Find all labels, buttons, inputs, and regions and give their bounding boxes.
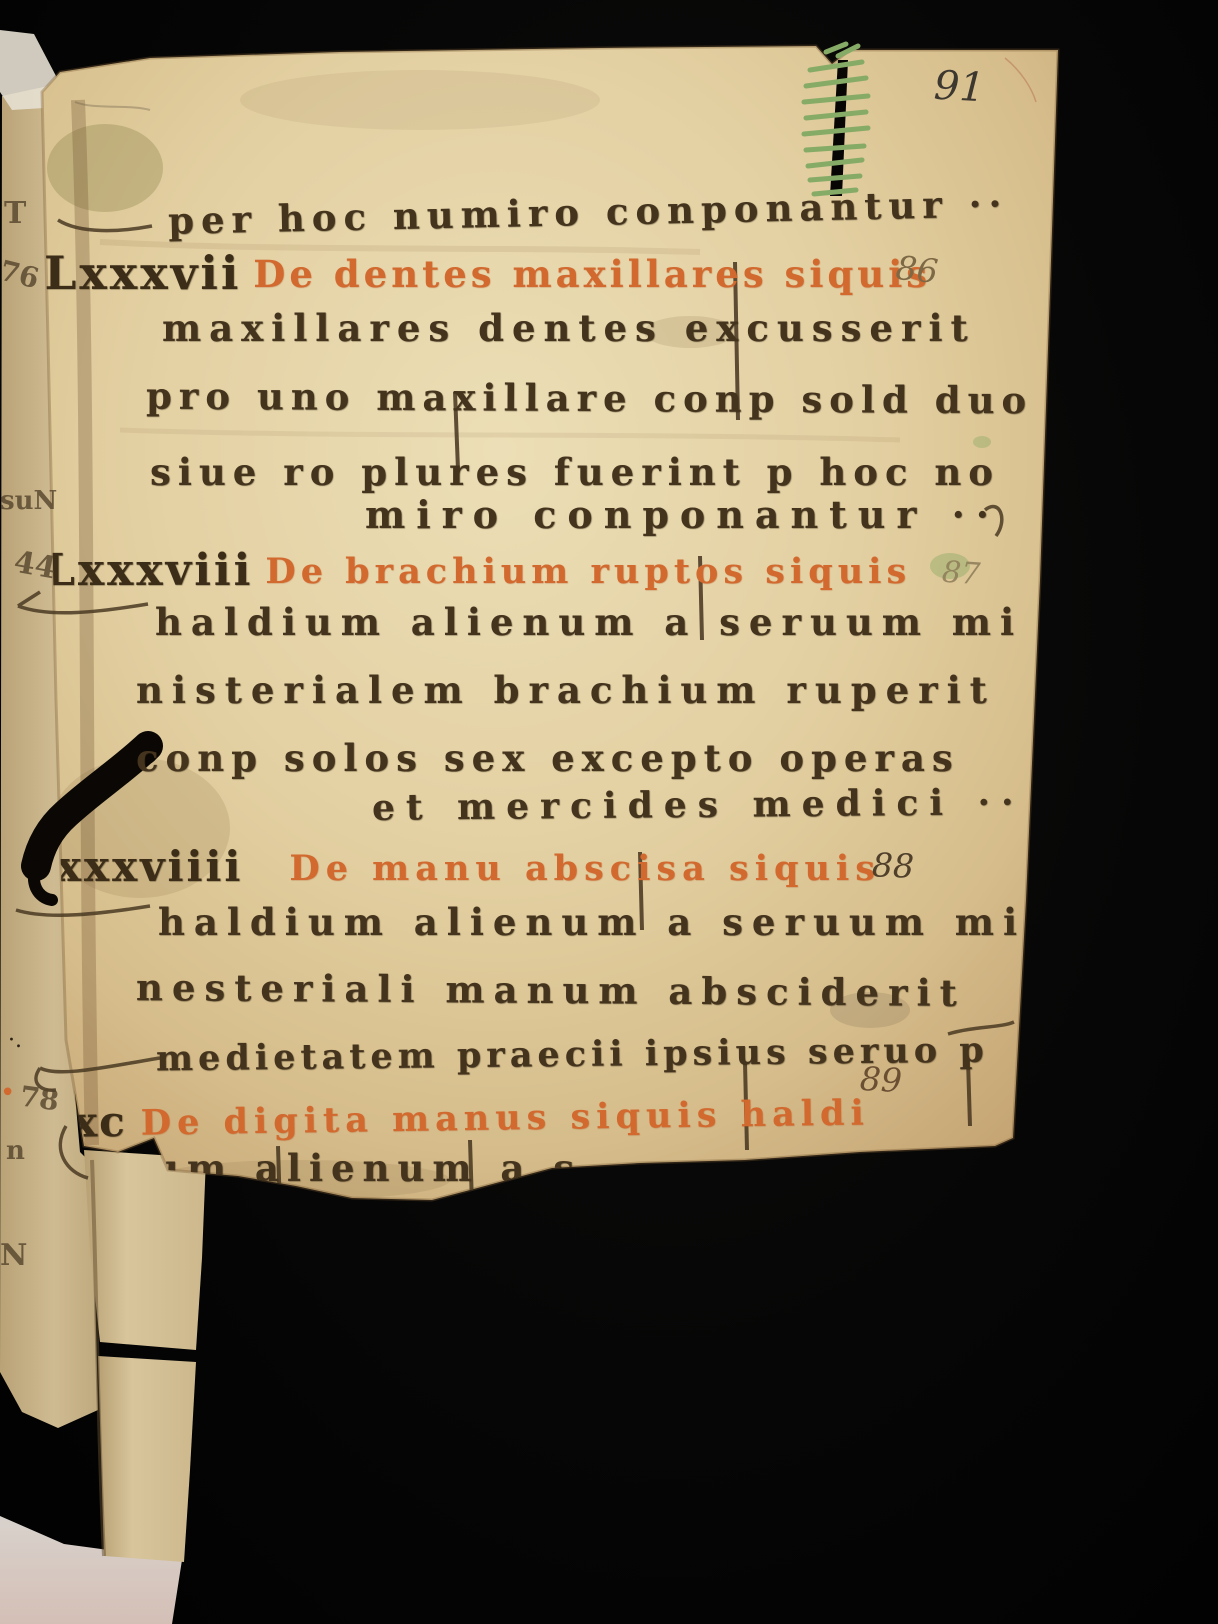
line-text: haldium alienum a seruum mi bbox=[155, 600, 1023, 644]
chapter-line: Lxxxvii De dentes maxillares siquis bbox=[44, 246, 931, 300]
text-line: conp solos sex excepto operas bbox=[136, 736, 960, 780]
rubric-title: De brachium ruptos siquis bbox=[265, 551, 911, 592]
guard-strip-lower bbox=[98, 1356, 196, 1562]
margin-number: 87 bbox=[941, 555, 982, 593]
chapter-line: xc De digita manus siquis haldi bbox=[72, 1086, 870, 1146]
chapter-line: Lxxxviii De brachium ruptos siquis bbox=[44, 545, 911, 596]
stub-ink-dots: ·. bbox=[8, 1028, 22, 1053]
rubric-title: De digita manus siquis haldi bbox=[140, 1092, 870, 1143]
stub-mark: 44 bbox=[11, 545, 58, 587]
chapter-numeral: Lxxxviii bbox=[44, 545, 253, 596]
margin-number: 89 bbox=[859, 1059, 903, 1100]
manuscript-photo: per hoc numiro conponantur ·· Lxxxvii De… bbox=[0, 0, 1218, 1624]
line-text: maxillares dentes excusserit bbox=[162, 306, 976, 350]
line-text: siue ro plures fuerint p hoc no bbox=[150, 450, 1000, 494]
rubric-title: De dentes maxillares siquis bbox=[253, 252, 931, 296]
chapter-line: xxxviiii De manu abscisa siquis bbox=[56, 842, 881, 891]
text-line: maxillares dentes excusserit bbox=[162, 306, 976, 350]
rubric-title: De manu abscisa siquis bbox=[289, 848, 881, 889]
text-line: nisterialem brachium ruperit bbox=[136, 668, 996, 712]
stub-mark: suN bbox=[0, 486, 57, 516]
text-line: pro uno maxillare conp sold duo bbox=[146, 374, 1033, 423]
text-line: haldium alienum a seruum mi bbox=[158, 900, 1026, 944]
text-line: miro conponantur ·· bbox=[365, 492, 1000, 537]
margin-number: 86 bbox=[894, 248, 940, 291]
text-line: siue ro plures fuerint p hoc no bbox=[150, 450, 1000, 494]
stub-mark: 78 bbox=[18, 1079, 61, 1117]
stub-mark: N bbox=[0, 1238, 27, 1273]
line-text: et mercides medici ·· bbox=[372, 781, 1025, 829]
margin-number: 88 bbox=[871, 845, 914, 885]
line-text: miro conponantur ·· bbox=[365, 492, 1000, 537]
guard-strip-upper bbox=[84, 1150, 206, 1350]
line-text: per hoc numiro conponantur ·· bbox=[168, 181, 1009, 243]
line-text: pro uno maxillare conp sold duo bbox=[146, 374, 1033, 423]
chapter-numeral: xxxviiii bbox=[56, 842, 243, 891]
chapter-numeral: Lxxxvii bbox=[44, 246, 241, 300]
stub-mark: n bbox=[6, 1136, 25, 1166]
line-text: nesteriali manum absciderit bbox=[136, 965, 966, 1015]
line-text: haldium alienum a seruum mi bbox=[158, 900, 1026, 944]
line-text: conp solos sex excepto operas bbox=[136, 736, 960, 780]
text-line: per hoc numiro conponantur ·· bbox=[168, 181, 1009, 243]
stub-mark: T bbox=[4, 196, 26, 231]
stub-orange-dot: • bbox=[0, 1078, 15, 1108]
folio-number: 91 bbox=[933, 63, 986, 112]
text-line: nesteriali manum absciderit bbox=[136, 965, 966, 1015]
line-text: nisterialem brachium ruperit bbox=[136, 668, 996, 712]
text-line: et mercides medici ·· bbox=[372, 781, 1025, 829]
text-line: haldium alienum a seruum mi bbox=[155, 600, 1023, 644]
